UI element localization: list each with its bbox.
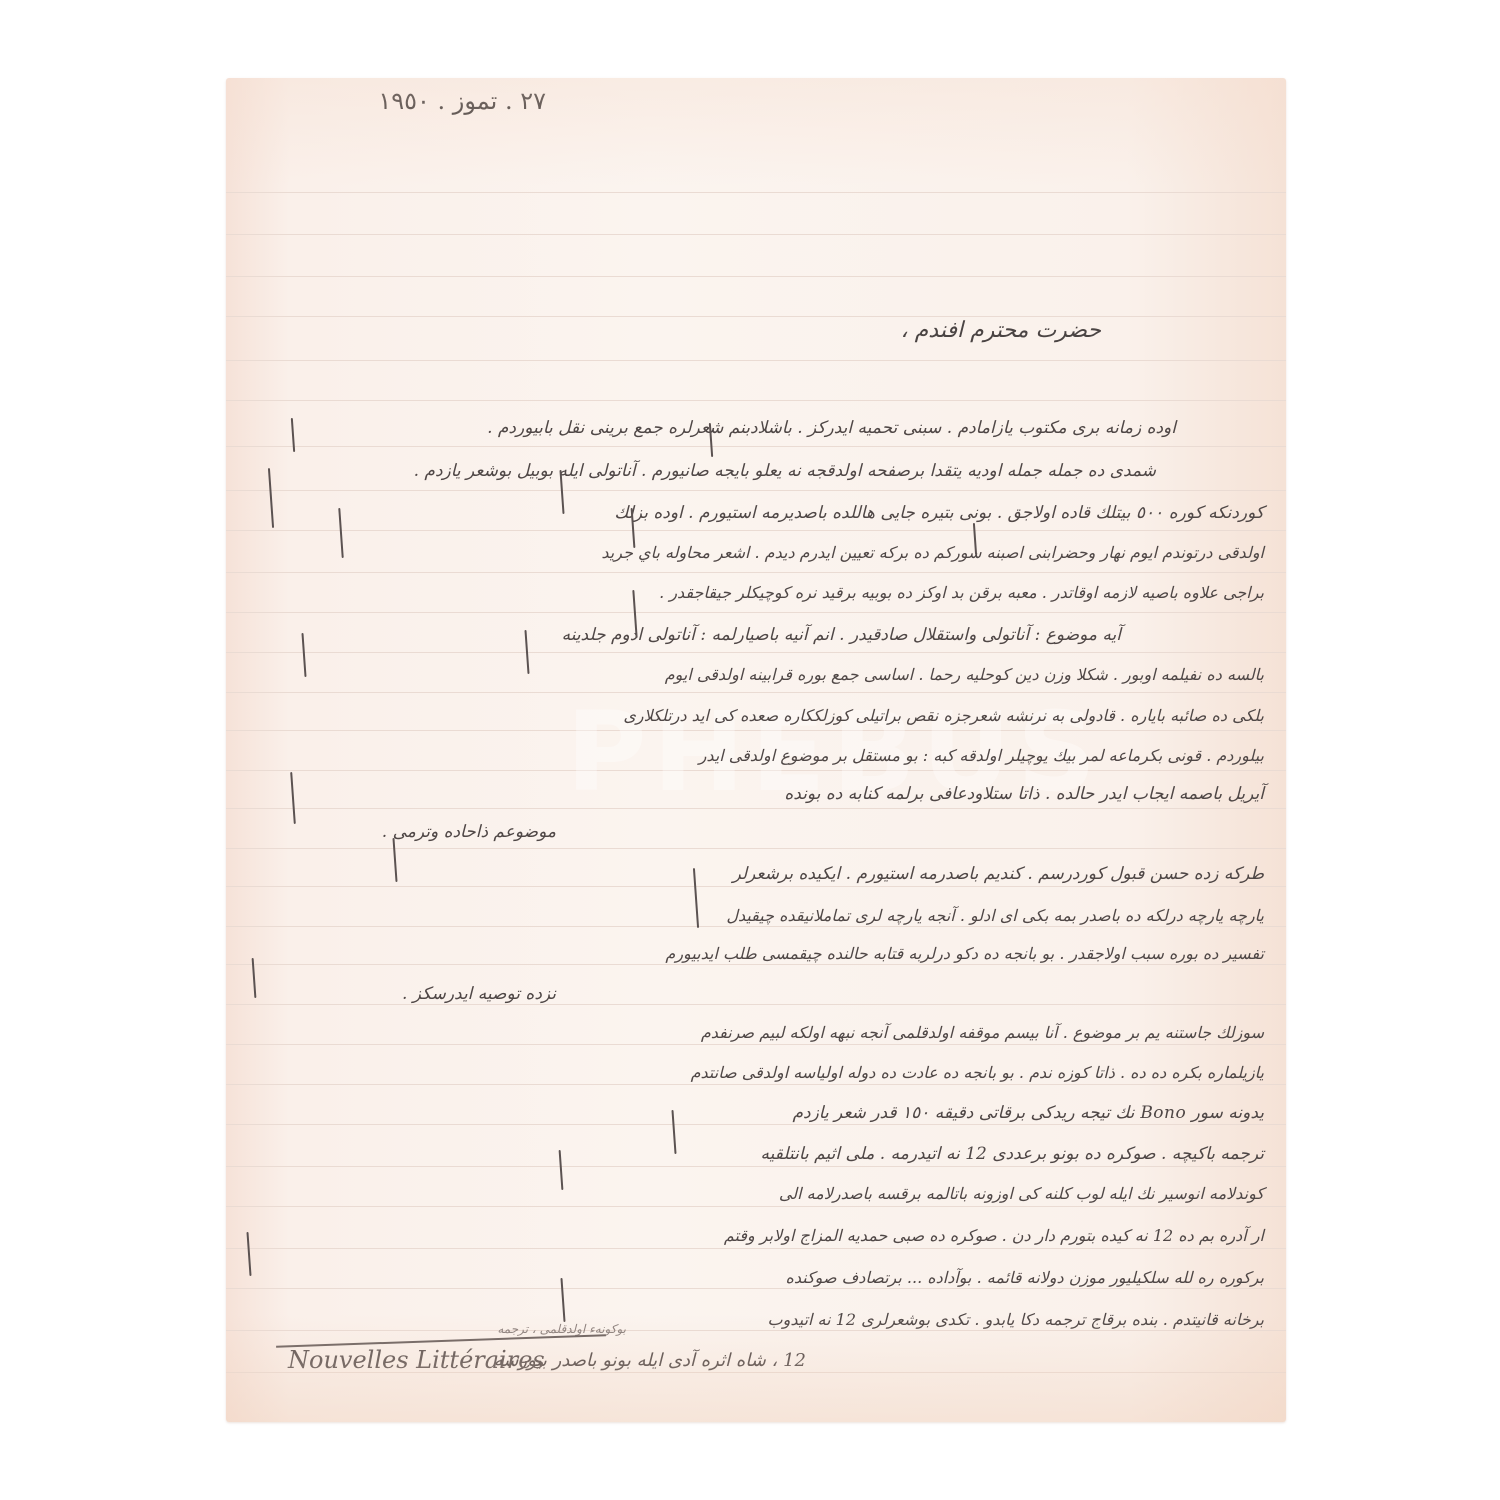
ruled-line — [226, 360, 1286, 361]
letter-line: سوزلك جاستنه يم بر موضوع . آنا بيسم موقف… — [701, 1023, 1264, 1042]
ruled-line — [226, 572, 1286, 573]
letter-line: كوندلامه انوسير نك ايله لوب كلنه كى اوزو… — [779, 1184, 1264, 1203]
pen-stroke — [246, 1232, 251, 1276]
letter-line: بالسه ده نفيلمه اوبور . شكلا وزن دين كوح… — [665, 665, 1264, 684]
letter-line: برخانه قانيتدم . بنده برقاج ترجمه دكا يا… — [768, 1310, 1264, 1329]
ruled-line — [226, 1330, 1286, 1331]
ruled-line — [226, 276, 1286, 277]
pen-stroke — [693, 868, 699, 928]
ruled-line — [226, 1288, 1286, 1289]
latin-annotation: Nouvelles Littéraires — [288, 1346, 545, 1374]
letter-line: براجى علاوه باصيه لازمه اوقاتدر . معبه ب… — [659, 583, 1264, 602]
letter-date: ٢٧ . تموز . ١٩٥٠ — [378, 87, 546, 115]
ruled-line — [226, 1044, 1286, 1045]
letter-line: يارچه يارچه درلكه ده باصدر بمه بكى اى اد… — [726, 906, 1264, 925]
letter-line: ترجمه باكيچه . صوكره ده بونو برعددى 12 ن… — [761, 1144, 1264, 1164]
ruled-line — [226, 964, 1286, 965]
ruled-line — [226, 490, 1286, 491]
pen-stroke — [559, 1150, 564, 1190]
letter-line: شمدى ده جمله جمله اوديه يتقدا برصفحه اول… — [414, 461, 1156, 481]
letter-line: آيه موضوع : آناتولى واستقلال صادقيدر . ا… — [562, 625, 1121, 645]
ruled-line — [226, 848, 1286, 849]
letter-line: طركه زده حسن قبول كوردرسم . كنديم باصدرم… — [733, 864, 1264, 884]
letter-line: نزده توصيه ايدرسكز . — [402, 984, 556, 1004]
ruled-line — [226, 1248, 1286, 1249]
letter-line: ار آدره بم ده 12 نه كيده بتورم دار دن . … — [724, 1226, 1264, 1245]
ruled-line — [226, 612, 1286, 613]
ruled-line — [226, 1166, 1286, 1167]
letter-paper: PHEBUS ٢٧ . تموز . ١٩٥٠ حضرت محترم افندم… — [226, 78, 1286, 1422]
letter-line: تفسير ده بوره سبب اولاجقدر . بو بانجه ده… — [665, 944, 1264, 963]
letter-line: كوردنكه كوره ٥٠٠ بيتلك قاده اولاجق . بون… — [614, 503, 1264, 523]
ruled-line — [226, 1084, 1286, 1085]
letter-line: اوده زمانه برى مكتوب يازامادم . سبنى تحم… — [487, 418, 1176, 438]
pen-stroke — [560, 1278, 565, 1322]
letter-line: موضوعم ذاحاده وترمى . — [382, 822, 556, 842]
letter-line: بركوره ره لله سلكيليور موزن دولانه قائمه… — [785, 1268, 1264, 1287]
pen-stroke — [268, 468, 274, 528]
ruled-line — [226, 446, 1286, 447]
letter-line: يدونه سور Bono نك تيجه ريدكى برقاتى دقيق… — [792, 1103, 1264, 1123]
letter-line: اولدقى درتوندم ايوم نهار وحضرابنى اصبنه … — [601, 543, 1264, 562]
pen-stroke — [671, 1110, 676, 1154]
pen-stroke — [290, 772, 296, 824]
salutation: حضرت محترم افندم ، — [901, 318, 1101, 343]
ruled-line — [226, 530, 1286, 531]
ruled-line — [226, 234, 1286, 235]
ruled-line — [226, 400, 1286, 401]
pen-stroke — [301, 633, 306, 677]
ruled-line — [226, 1206, 1286, 1207]
ruled-line — [226, 192, 1286, 193]
pen-stroke — [392, 838, 397, 882]
letter-line: يازيلماره بكره ده ده . ذاتا كوزه ندم . ب… — [691, 1063, 1264, 1082]
letter-line: آيريل باصمه ايجاب ايدر حالده . ذاتا ستلا… — [784, 784, 1264, 804]
letter-line: بلكى ده صائبه باياره . قادولى به نرنشه ش… — [623, 706, 1264, 725]
ruled-line — [226, 886, 1286, 887]
ruled-line — [226, 316, 1286, 317]
letter-line: بيلوردم . قونى بكرماعه لمر بيك يوچيلر او… — [699, 746, 1264, 765]
interlinear-note: بوكونهء اولدقلمى ، ترجمه — [497, 1322, 626, 1336]
ruled-line — [226, 926, 1286, 927]
ruled-line — [226, 1004, 1286, 1005]
ruled-line — [226, 652, 1286, 653]
ruled-line — [226, 1124, 1286, 1125]
pen-stroke — [338, 508, 343, 558]
